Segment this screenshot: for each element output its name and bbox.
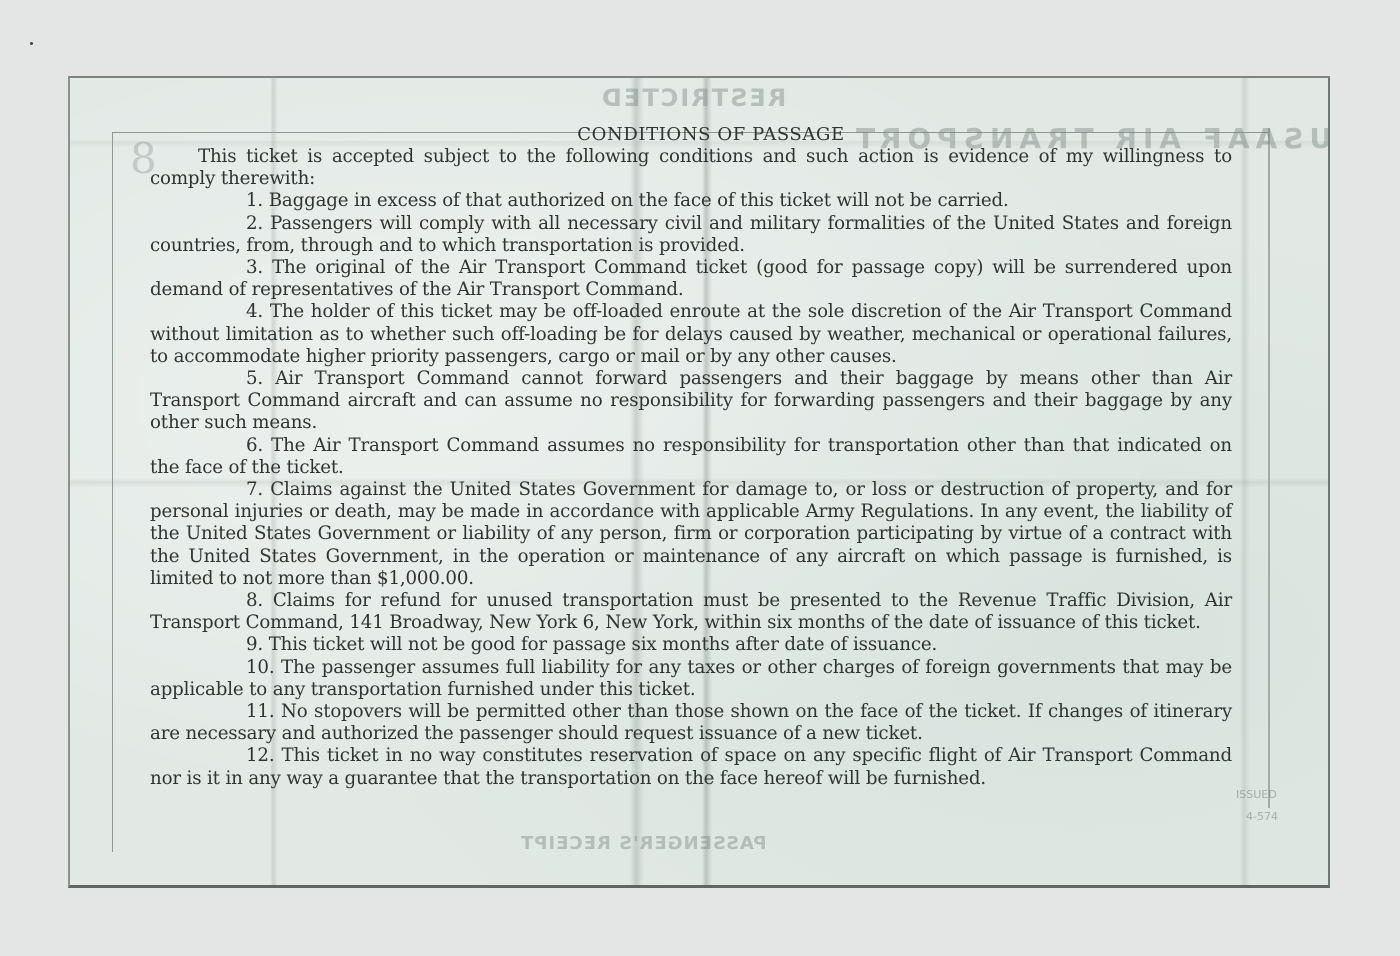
condition-item: 10. The passenger assumes full liability…	[150, 657, 1232, 701]
passenger-receipt-bleedthrough: PASSENGER'S RECEIPT	[520, 833, 766, 854]
condition-item: 12. This ticket in no way constitutes re…	[150, 745, 1232, 789]
condition-item: 9. This ticket will not be good for pass…	[150, 634, 1232, 656]
condition-number: 4.	[198, 301, 263, 323]
condition-text: This ticket will not be good for passage…	[269, 634, 937, 655]
condition-text: The original of the Air Transport Comman…	[150, 257, 1232, 300]
stub-number-bleedthrough: 4-574	[1246, 810, 1278, 823]
condition-text: Baggage in excess of that authorized on …	[269, 190, 1009, 211]
intro-paragraph: This ticket is accepted subject to the f…	[150, 146, 1232, 190]
ticket-back: RESTRICTED USAAF AIR TRANSPORT PASSENGER…	[68, 76, 1330, 888]
condition-item: 11. No stopovers will be permitted other…	[150, 701, 1232, 745]
document-title: CONDITIONS OF PASSAGE	[150, 124, 1232, 146]
restricted-stamp-bleedthrough: RESTRICTED	[600, 84, 786, 112]
condition-text: The Air Transport Command assumes no res…	[150, 435, 1232, 478]
background-speck	[30, 42, 33, 45]
condition-number: 6.	[198, 435, 263, 457]
condition-text: Air Transport Command cannot forward pas…	[150, 368, 1232, 433]
condition-number: 12.	[198, 745, 274, 767]
condition-text: Passengers will comply with all necessar…	[150, 213, 1232, 256]
condition-item: 1. Baggage in excess of that authorized …	[150, 190, 1232, 212]
condition-item: 5. Air Transport Command cannot forward …	[150, 368, 1232, 435]
right-border-line	[1268, 128, 1270, 808]
condition-number: 8.	[198, 590, 263, 612]
condition-item: 6. The Air Transport Command assumes no …	[150, 435, 1232, 479]
condition-text: This ticket in no way constitutes reserv…	[150, 745, 1232, 788]
condition-number: 2.	[198, 213, 263, 235]
condition-number: 1.	[198, 190, 263, 212]
condition-text: Claims for refund for unused transportat…	[150, 590, 1232, 633]
condition-text: No stopovers will be permitted other tha…	[150, 701, 1232, 744]
conditions-document: CONDITIONS OF PASSAGE This ticket is acc…	[150, 124, 1232, 790]
condition-item: 8. Claims for refund for unused transpor…	[150, 590, 1232, 634]
condition-number: 3.	[198, 257, 263, 279]
condition-number: 9.	[198, 634, 263, 656]
condition-item: 7. Claims against the United States Gove…	[150, 479, 1232, 590]
condition-number: 10.	[198, 657, 274, 679]
condition-number: 11.	[198, 701, 274, 723]
condition-text: The holder of this ticket may be off-loa…	[150, 301, 1232, 366]
condition-number: 5.	[198, 368, 263, 390]
condition-item: 2. Passengers will comply with all neces…	[150, 213, 1232, 257]
condition-text: Claims against the United States Governm…	[150, 479, 1232, 589]
condition-item: 3. The original of the Air Transport Com…	[150, 257, 1232, 301]
condition-number: 7.	[198, 479, 263, 501]
condition-item: 4. The holder of this ticket may be off-…	[150, 301, 1232, 368]
stub-text-bleedthrough: ISSUED	[1236, 788, 1277, 801]
condition-text: The passenger assumes full liability for…	[150, 657, 1232, 700]
